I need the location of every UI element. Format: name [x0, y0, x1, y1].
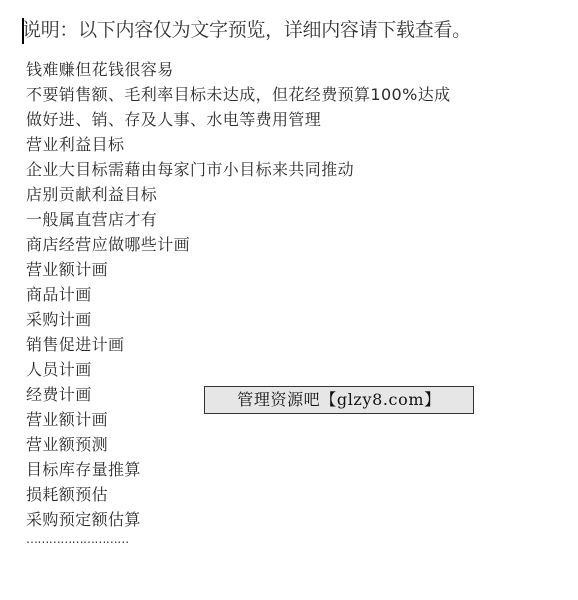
text-line: 营业额预测 — [26, 432, 451, 457]
text-line: 人员计画 — [26, 357, 451, 382]
text-line: 营业额计画 — [26, 257, 451, 282]
text-line: 采购计画 — [26, 307, 451, 332]
text-line: 目标库存量推算 — [26, 457, 451, 482]
text-line: 采购预定额估算 — [26, 507, 451, 532]
text-line: 做好进、销、存及人事、水电等费用管理 — [26, 107, 451, 132]
text-line: 企业大目标需藉由每家门市小目标来共同推动 — [26, 157, 451, 182]
ellipsis-dots: ……………………… — [26, 534, 129, 544]
text-line: 店别贡献利益目标 — [26, 182, 451, 207]
text-line: 钱难赚但花钱很容易 — [26, 57, 451, 82]
text-line: 销售促进计画 — [26, 332, 451, 357]
text-line: 损耗额预估 — [26, 482, 451, 507]
text-line: 营业利益目标 — [26, 132, 451, 157]
text-line: 一般属直营店才有 — [26, 207, 451, 232]
text-line: 不要销售额、毛利率目标未达成，但花经费预算100%达成 — [26, 82, 451, 107]
document-body: 钱难赚但花钱很容易 不要销售额、毛利率目标未达成，但花经费预算100%达成 做好… — [26, 57, 451, 532]
preview-notice: 说明：以下内容仅为文字预览，详细内容请下载查看。 — [22, 17, 471, 43]
text-line: 商品计画 — [26, 282, 451, 307]
watermark-box: 管理资源吧【glzy8.com】 — [204, 386, 474, 414]
text-line: 商店经营应做哪些计画 — [26, 232, 451, 257]
